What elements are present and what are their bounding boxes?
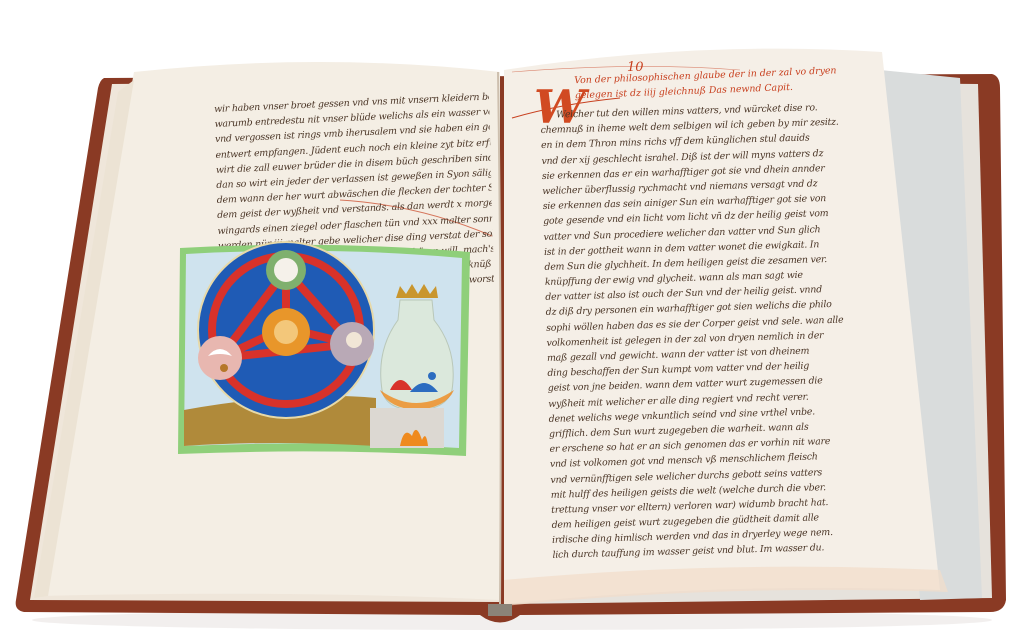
roundel-left bbox=[198, 336, 242, 380]
right-page-text: Welcher tut den willen mins vatters, vnd… bbox=[540, 99, 873, 563]
miniature-illumination bbox=[176, 240, 472, 462]
manuscript-photo: wir haben vnser broet gessen vnd vns mit… bbox=[0, 0, 1024, 644]
